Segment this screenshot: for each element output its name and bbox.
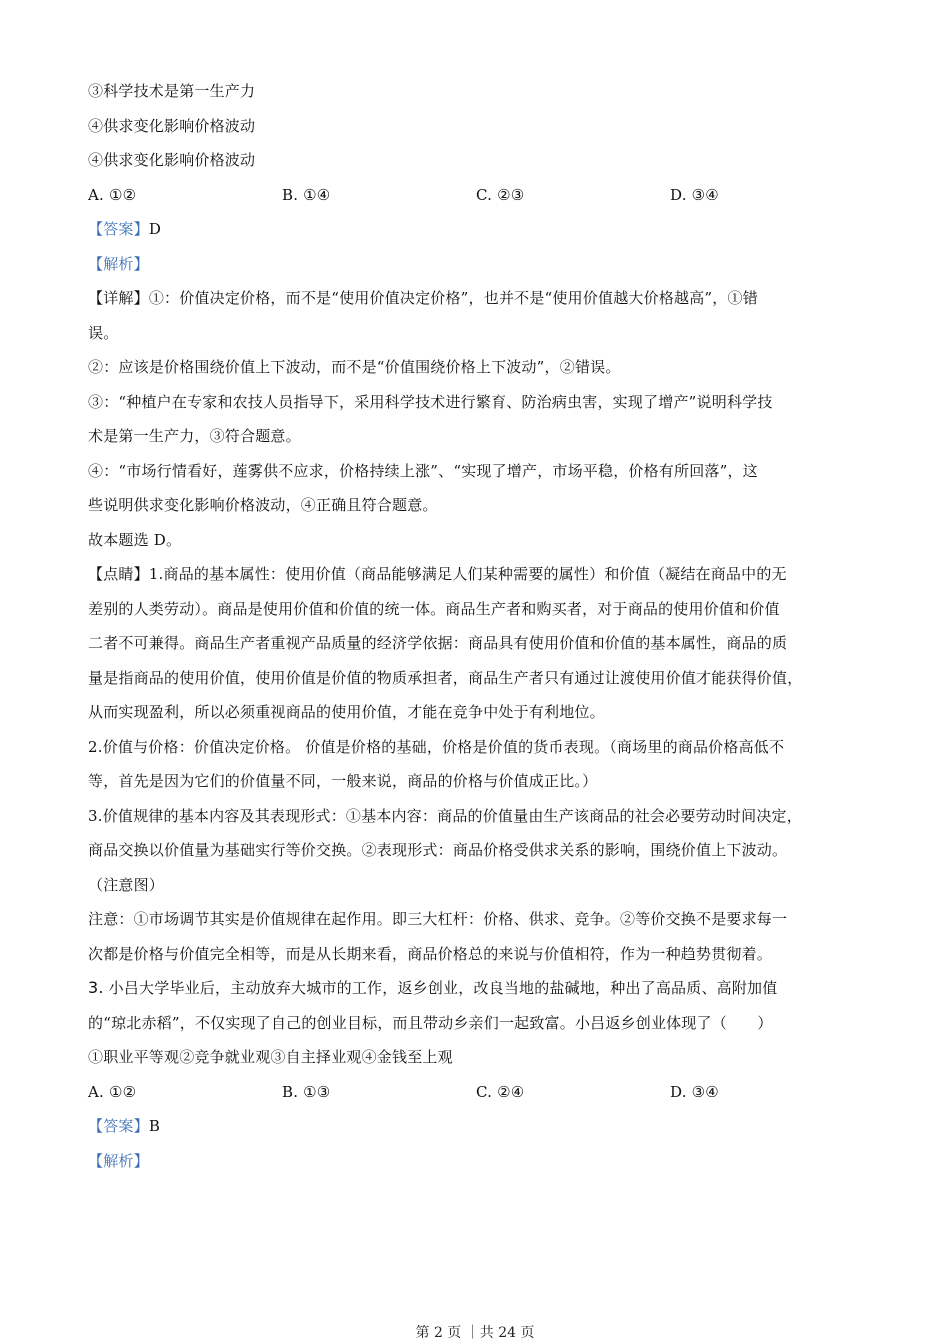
q3-stem-line-1: 3. 小吕大学毕业后，主动放弃大城市的工作，返乡创业，改良当地的盐碱地，种出了高…: [88, 971, 868, 1006]
q3-choice-a: A. ①②: [88, 1075, 282, 1110]
q2-tip-line-9: 商品交换以价值量为基础实行等价交换。②表现形式：商品价格受供求关系的影响，围绕价…: [88, 833, 868, 868]
q2-choice-a: A. ①②: [88, 178, 282, 213]
q2-detail-line-5: 术是第一生产力，③符合题意。: [88, 419, 868, 454]
q2-tip-line-8: 3.价值规律的基本内容及其表现形式：①基本内容：商品的价值量由生产该商品的社会必…: [88, 799, 868, 834]
q2-tip-line-3: 二者不可兼得。商品生产者重视产品质量的经济学依据：商品具有使用价值和价值的基本属…: [88, 626, 868, 661]
q3-stem-text: 小吕大学毕业后，主动放弃大城市的工作，返乡创业，改良当地的盐碱地，种出了高品质、…: [109, 979, 778, 997]
q2-choices: A. ①② B. ①④ C. ②③ D. ③④: [88, 178, 868, 213]
q2-tip-line-11: 注意：①市场调节其实是价值规律在起作用。即三大杠杆：价格、供求、竞争。②等价交换…: [88, 902, 868, 937]
q2-detail-line-8: 故本题选 D。: [88, 523, 868, 558]
q3-stem-line-2: 的“琼北赤稻”，不仅实现了自己的创业目标，而且带动乡亲们一起致富。小吕返乡创业体…: [88, 1006, 868, 1041]
q3-analysis: 【解析】: [88, 1144, 868, 1179]
answer-value: D: [149, 220, 161, 238]
q2-tip-line-5: 从而实现盈利，所以必须重视商品的使用价值，才能在竞争中处于有利地位。: [88, 695, 868, 730]
q3-choice-c: C. ②④: [476, 1075, 670, 1110]
q2-tip-line-6: 2.价值与价格：价值决定价格。 价值是价格的基础，价格是价值的货币表现。（商场里…: [88, 730, 868, 765]
q2-statement-3: ④供求变化影响价格波动: [88, 109, 868, 144]
answer-label: 【答案】: [88, 1117, 149, 1135]
q2-detail-line-6: ④：“市场行情看好，莲雾供不应求，价格持续上涨”、“实现了增产，市场平稳，价格有…: [88, 454, 868, 489]
q2-tip-line-10: （注意图）: [88, 868, 868, 903]
tip-text: 1.商品的基本属性：使用价值（商品能够满足人们某种需要的属性）和价值（凝结在商品…: [149, 565, 787, 583]
q2-choice-d: D. ③④: [670, 178, 864, 213]
q2-detail-line-2: 误。: [88, 316, 868, 351]
q2-detail-line-1: 【详解】①：价值决定价格，而不是“使用价值决定价格”，也并不是“使用价值越大价格…: [88, 281, 868, 316]
q2-statement-4-text: ④供求变化影响价格波动: [88, 151, 255, 169]
q3-choice-b: B. ①③: [282, 1075, 476, 1110]
q2-tip-line-4: 量是指商品的使用价值，使用价值是价值的物质承担者，商品生产者只有通过让渡使用价值…: [88, 661, 868, 696]
q3-stem-line-3: ①职业平等观②竞争就业观③自主择业观④金钱至上观: [88, 1040, 868, 1075]
q2-tip-line-12: 次都是价格与价值完全相等，而是从长期来看，商品价格总的来说与价值相符，作为一种趋…: [88, 937, 868, 972]
q2-choice-c: C. ②③: [476, 178, 670, 213]
detail-text: ①：价值决定价格，而不是“使用价值决定价格”，也并不是“使用价值越大价格越高”，…: [149, 289, 758, 307]
document-page: ③科学技术是第一生产力 ④供求变化影响价格波动 ②价值决定价格，价值围绕价格上下…: [88, 74, 868, 1178]
q2-detail-line-7: 些说明供求变化影响价格波动，④正确且符合题意。: [88, 488, 868, 523]
tip-label: 【点睛】: [88, 565, 149, 583]
q2-statement-2: ③科学技术是第一生产力: [88, 74, 868, 109]
q3-choice-d: D. ③④: [670, 1075, 864, 1110]
q2-tip-line-7: 等，首先是因为它们的价值量不同，一般来说，商品的价格与价值成正比。）: [88, 764, 868, 799]
q2-statement-4b: ④供求变化影响价格波动: [88, 143, 868, 178]
answer-label: 【答案】: [88, 220, 149, 238]
q2-choice-b: B. ①④: [282, 178, 476, 213]
q2-tip-line-1: 【点睛】1.商品的基本属性：使用价值（商品能够满足人们某种需要的属性）和价值（凝…: [88, 557, 868, 592]
answer-value: B: [149, 1117, 160, 1135]
q2-tip-line-2: 差别的人类劳动）。商品是使用价值和价值的统一体。商品生产者和购买者，对于商品的使…: [88, 592, 868, 627]
q2-answer: 【答案】D: [88, 212, 868, 247]
q2-analysis: 【解析】: [88, 247, 868, 282]
q2-detail-line-4: ③：“种植户在专家和农技人员指导下，采用科学技术进行繁育、防治病虫害，实现了增产…: [88, 385, 868, 420]
q2-detail-line-3: ②：应该是价格围绕价值上下波动，而不是“价值围绕价格上下波动”，②错误。: [88, 350, 868, 385]
detail-label: 【详解】: [88, 289, 149, 307]
question-number: 3.: [88, 978, 104, 997]
q3-choices: A. ①② B. ①③ C. ②④ D. ③④: [88, 1075, 868, 1110]
page-footer: 第 2 页 ｜共 24 页: [0, 1322, 950, 1342]
analysis-label: 【解析】: [88, 1152, 149, 1170]
analysis-label: 【解析】: [88, 255, 149, 273]
q3-answer: 【答案】B: [88, 1109, 868, 1144]
